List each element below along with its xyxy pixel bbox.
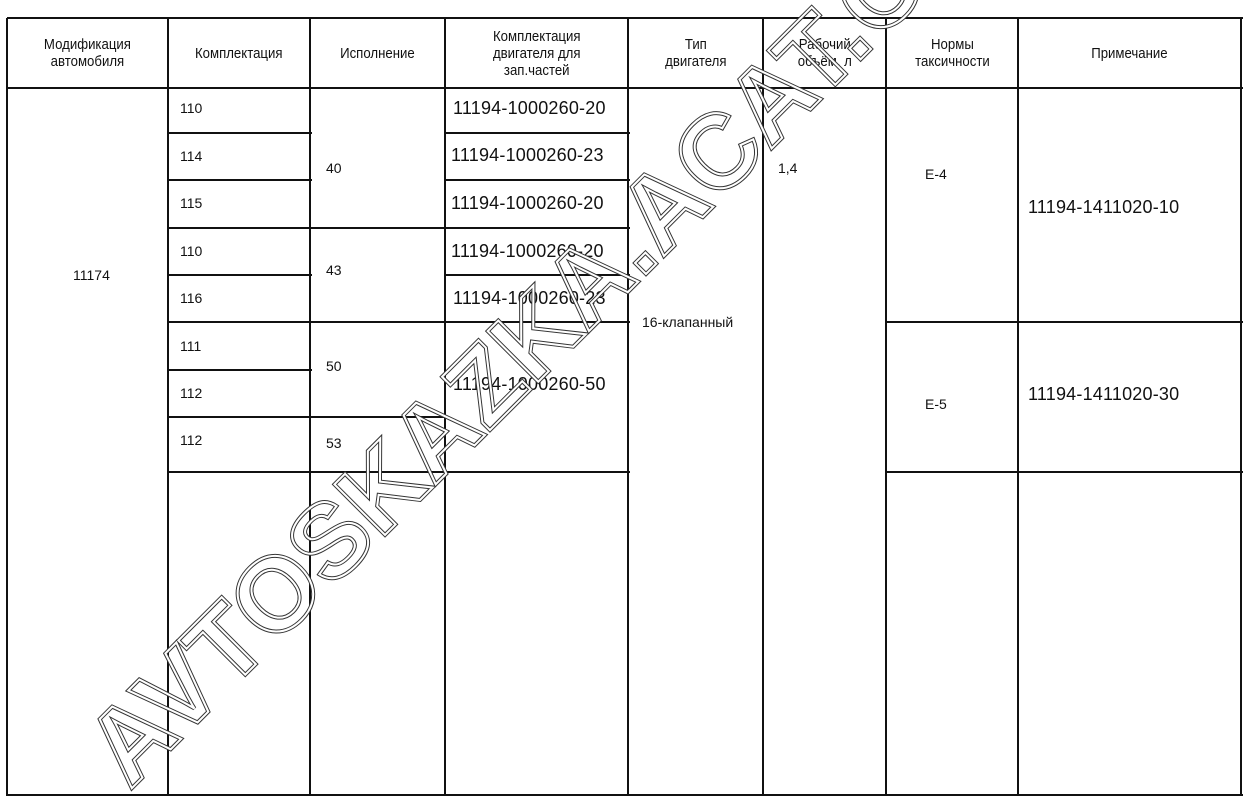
ispolnenie-cell: 53	[326, 435, 342, 452]
header-ispolnenie: Исполнение	[310, 18, 445, 88]
row-border	[310, 321, 447, 323]
engine-parts-cell: 11194-1000260-23	[451, 147, 604, 164]
row-border	[310, 471, 447, 473]
engine-type-cell: 16-клапанный	[642, 314, 733, 331]
row-border	[310, 416, 447, 418]
norms-cell: E-5	[925, 396, 947, 413]
row-border	[168, 274, 312, 276]
row-border	[310, 227, 447, 229]
header-norms: Нормы таксичности	[886, 18, 1018, 88]
ispolnenie-cell: 43	[326, 262, 342, 279]
header-engine-parts: Комплектация двигателя для зап.частей	[445, 18, 628, 88]
notes-cell: 11194-1411020-30	[1028, 386, 1179, 403]
engine-parts-cell: 11194-1000260-20	[453, 100, 606, 117]
row-border	[445, 321, 630, 323]
row-border	[168, 321, 312, 323]
komplektaciya-cell: 110	[180, 243, 202, 260]
column-border	[309, 18, 311, 796]
row-border	[168, 179, 312, 181]
column-border	[1240, 18, 1242, 796]
row-border	[168, 416, 312, 418]
header-notes: Примечание	[1018, 18, 1241, 88]
komplektaciya-cell: 110	[180, 100, 202, 117]
row-border	[445, 274, 630, 276]
row-border	[168, 227, 312, 229]
komplektaciya-cell: 112	[180, 385, 202, 402]
row-border	[445, 471, 630, 473]
header-komplektaciya: Комплектация	[168, 18, 310, 88]
engine-parts-cell: 11194-1000260-20	[451, 243, 604, 260]
engine-parts-cell: 11194-1000260-20	[451, 195, 604, 212]
komplektaciya-cell: 112	[180, 432, 202, 449]
komplektaciya-cell: 115	[180, 195, 202, 212]
column-border	[762, 18, 764, 796]
column-border	[885, 18, 887, 796]
column-border	[6, 18, 8, 796]
ispolnenie-cell: 50	[326, 358, 342, 375]
column-border	[1017, 18, 1019, 796]
komplektaciya-cell: 114	[180, 148, 202, 165]
ispolnenie-cell: 40	[326, 160, 342, 177]
komplektaciya-cell: 116	[180, 290, 202, 307]
row-border	[168, 132, 312, 134]
parts-table: Модификация автомобиляКомплектацияИсполн…	[0, 0, 1248, 803]
komplektaciya-cell: 111	[180, 338, 201, 355]
header-volume: Рабочий объём, л	[763, 18, 886, 88]
row-border	[445, 132, 630, 134]
row-border	[445, 179, 630, 181]
volume-cell: 1,4	[778, 160, 797, 177]
header-engine-type: Тип двигателя	[628, 18, 763, 88]
column-border	[627, 18, 629, 796]
row-border	[445, 227, 630, 229]
row-border	[886, 321, 1243, 323]
engine-parts-cell: 11194-1000260-50	[453, 376, 606, 393]
row-border	[168, 369, 312, 371]
modification-cell: 11174	[73, 267, 110, 284]
row-border	[168, 471, 312, 473]
row-border	[886, 471, 1243, 473]
table-bottom-border	[7, 794, 1243, 796]
column-border	[444, 18, 446, 796]
header-modification: Модификация автомобиля	[7, 18, 168, 88]
norms-cell: E-4	[925, 166, 947, 183]
column-border	[167, 18, 169, 796]
engine-parts-cell: 11194-1000260-23	[453, 290, 606, 307]
notes-cell: 11194-1411020-10	[1028, 199, 1179, 216]
